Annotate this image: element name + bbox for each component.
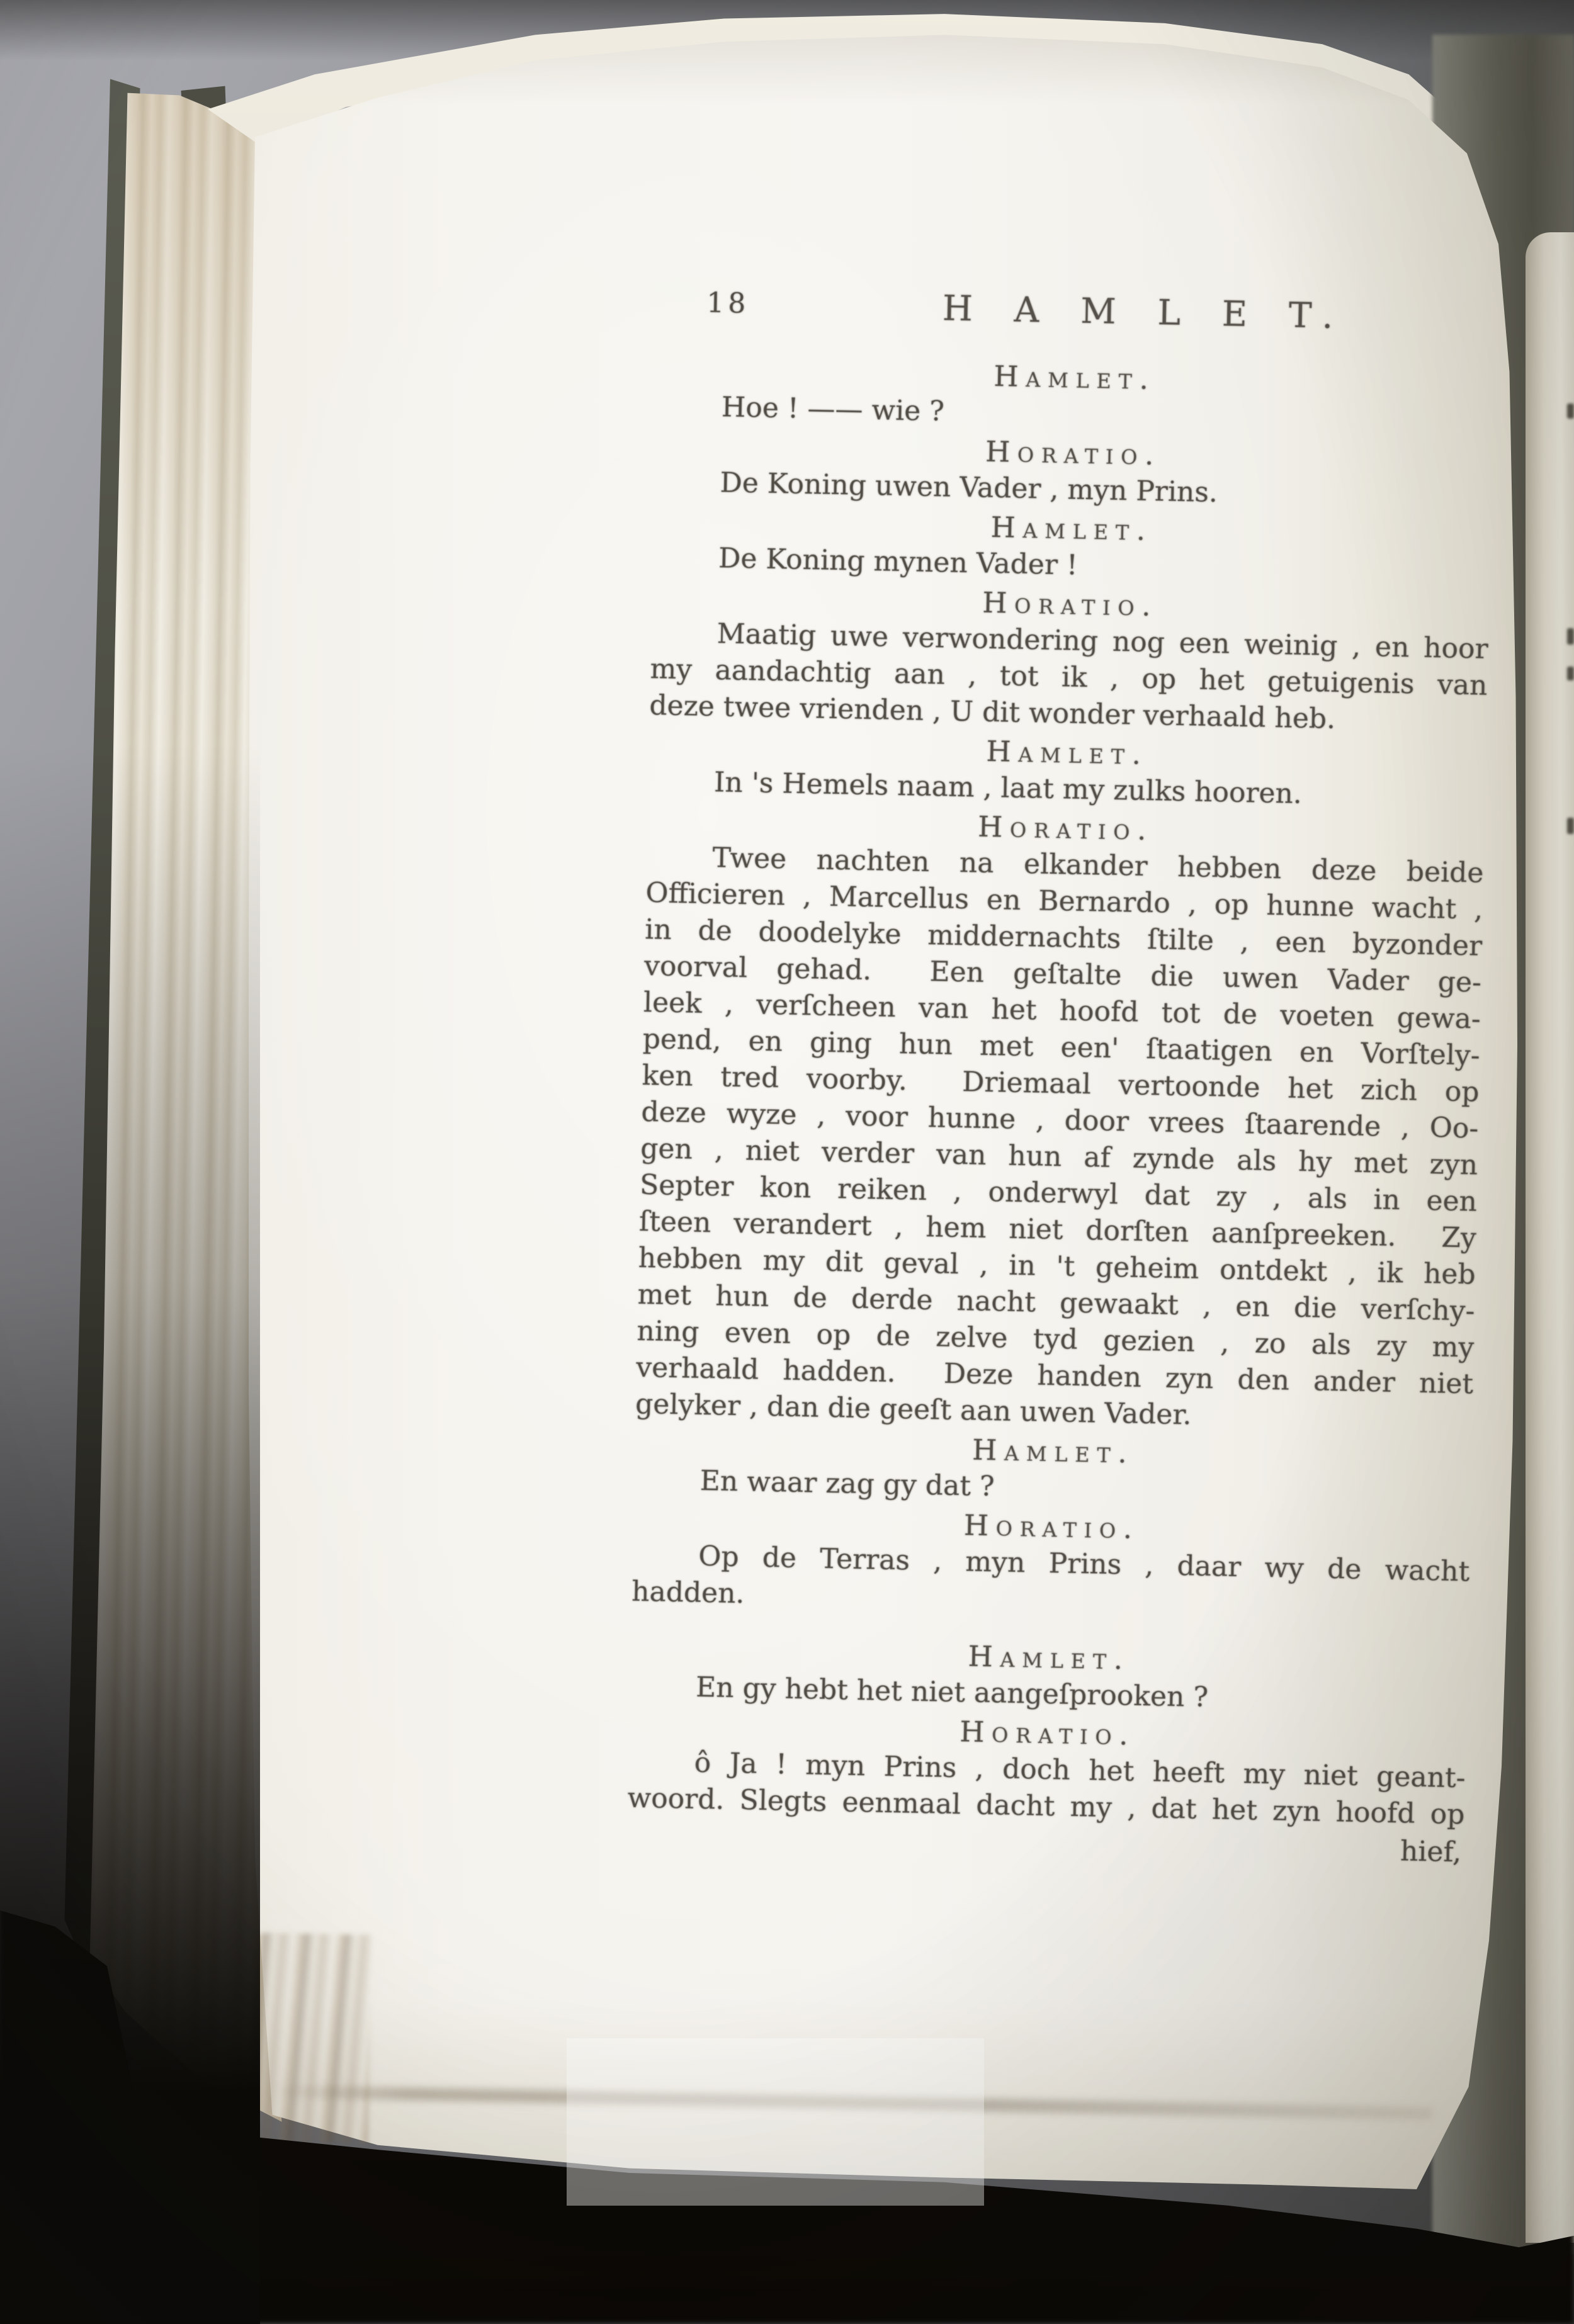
photo-vignette — [0, 0, 1574, 2324]
book-photo: 18 H A M L E T. Hamlet.Hoe ! —— wie ?Hor… — [0, 0, 1574, 2324]
